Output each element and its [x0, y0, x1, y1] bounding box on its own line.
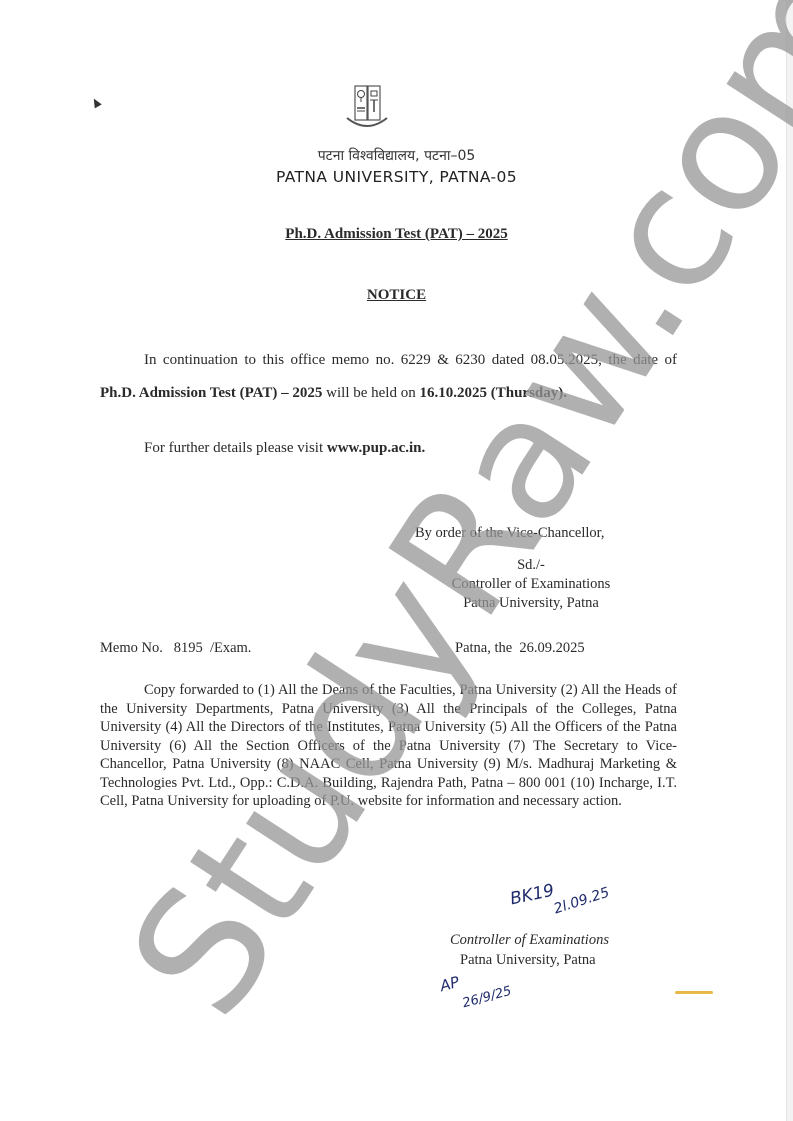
memo-date: Patna, the 26.09.2025: [455, 640, 585, 657]
copy-forwarded-paragraph: Copy forwarded to (1) All the Deans of t…: [100, 681, 677, 811]
university-name-hindi: पटना विश्वविद्यालय, पटना–05: [0, 146, 793, 165]
scan-speck: [90, 97, 101, 109]
signature-block: Sd./- Controller of Examinations Patna U…: [415, 556, 647, 613]
handwritten-initials: BK19: [508, 881, 556, 910]
notice-title: NOTICE: [0, 287, 793, 304]
highlighter-mark: [675, 991, 713, 994]
notice-paragraph: In continuation to this office memo no. …: [100, 344, 677, 410]
signatory-university: Patna University, Patna: [415, 594, 647, 613]
final-signatory-designation: Controller of Examinations: [450, 932, 609, 949]
university-name: PATNA UNIVERSITY, PATNA-05: [0, 168, 793, 186]
handwritten-date: 2l.09.25: [552, 885, 611, 918]
final-signatory-university: Patna University, Patna: [460, 952, 596, 969]
handwritten-date-2: 26/9/25: [461, 984, 513, 1011]
details-paragraph: For further details please visit www.pup…: [144, 440, 721, 457]
handwritten-initials-2: AP: [438, 973, 461, 995]
memo-number: Memo No. 8195 /Exam.: [100, 640, 251, 657]
paragraph-text: will be held on: [322, 385, 419, 401]
signatory-designation: Controller of Examinations: [415, 575, 647, 594]
website-link[interactable]: www.pup.ac.in.: [327, 440, 425, 456]
order-line: By order of the Vice-Chancellor,: [415, 525, 605, 542]
exam-date: 16.10.2025 (Thursday).: [419, 385, 567, 401]
exam-name: Ph.D. Admission Test (PAT) – 2025: [100, 385, 322, 401]
paragraph-text: For further details please visit: [144, 440, 327, 456]
sd-mark: Sd./-: [415, 556, 647, 575]
watermark: StudyRaw.com: [93, 187, 748, 1049]
university-emblem-icon: [337, 82, 397, 142]
paragraph-text: In continuation to this office memo no. …: [144, 352, 677, 368]
notice-subject: Ph.D. Admission Test (PAT) – 2025: [0, 226, 793, 243]
